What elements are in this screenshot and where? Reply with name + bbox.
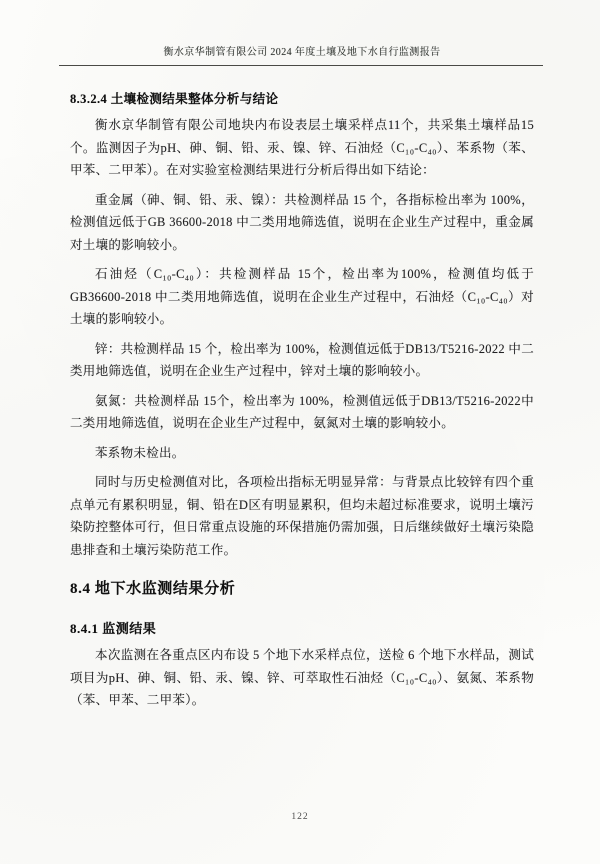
paragraph-groundwater-sampling: 本次监测在各重点区内布设 5 个地下水采样点位，送检 6 个地下水样品，测试项目… xyxy=(70,644,534,712)
header-divider xyxy=(59,65,543,66)
document-page: 衡水京华制管有限公司 2024 年度土壤及地下水自行监测报告 8.3.2.4 土… xyxy=(0,0,600,864)
paragraph-petroleum-hydrocarbons-conclusion: 石油烃（C₁₀-C₄₀）：共检测样品 15个，检出率为100%，检测值均低于GB… xyxy=(70,263,534,331)
paragraph-historical-comparison: 同时与历史检测值对比，各项检出指标无明显异常：与背景点比较锌有四个重点单元有累积… xyxy=(70,471,534,561)
paragraph-zinc-conclusion: 锌：共检测样品 15 个，检出率为 100%，检测值远低于DB13/T5216-… xyxy=(70,338,534,383)
paragraph-ammonia-nitrogen-conclusion: 氨氮：共检测样品 15个，检出率为 100%，检测值远低于DB13/T5216-… xyxy=(70,390,534,435)
document-content: 衡水京华制管有限公司 2024 年度土壤及地下水自行监测报告 8.3.2.4 土… xyxy=(0,0,600,712)
heading-8-4-groundwater-results-analysis: 8.4 地下水监测结果分析 xyxy=(70,577,534,598)
paragraph-benzene-not-detected: 苯系物未检出。 xyxy=(70,442,534,465)
running-header-title: 衡水京华制管有限公司 2024 年度土壤及地下水自行监测报告 xyxy=(70,46,534,60)
heading-8-3-2-4-soil-results-analysis: 8.3.2.4 土壤检测结果整体分析与结论 xyxy=(70,89,534,107)
paragraph-heavy-metals-conclusion: 重金属（砷、铜、铅、汞、镍）：共检测样品 15 个，各指标检出率为 100%，检… xyxy=(70,189,534,257)
page-footer: 122 xyxy=(0,806,600,824)
heading-8-4-1-monitoring-results: 8.4.1 监测结果 xyxy=(70,618,534,637)
paragraph-soil-sampling-intro: 衡水京华制管有限公司地块内布设表层土壤采样点11个，共采集土壤样品15个。监测因… xyxy=(70,114,534,182)
page-number: 122 xyxy=(291,812,308,822)
